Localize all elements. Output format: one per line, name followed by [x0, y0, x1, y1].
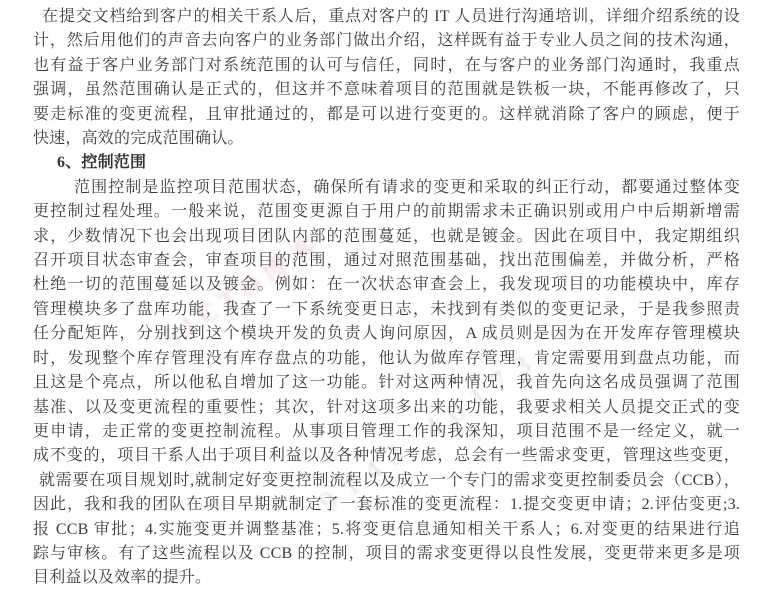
document-page: 51CTO博客 9143 40173 在提交文档给到客户的相关干系人后，重点对客… — [0, 0, 772, 596]
text-line: 在提交文档给到客户的相关干系人后，重点对客户的 IT 人员进行沟通培训，详细介绍… — [33, 5, 740, 29]
text-line: 任分配矩阵，分别找到这个模块开发的负责人询问原因，A 成员则是因为在开发库存管理… — [33, 322, 740, 346]
text-line: 范围控制是监控项目范围状态，确保所有请求的变更和采取的纠正行动，都要通过整体变 — [33, 176, 740, 200]
document-text: 在提交文档给到客户的相关干系人后，重点对客户的 IT 人员进行沟通培训，详细介绍… — [33, 5, 740, 591]
text-line: 更申请，走正常的变更控制流程。从事项目管理工作的我深知，项目范围不是一经定义，就… — [33, 420, 740, 444]
text-line: 时，发现整个库存管理没有库存盘点的功能，他认为做库存管理，肯定需要用到盘点功能，… — [33, 347, 740, 371]
text-line: 成不变的，项目干系人出于项目利益以及各种情况考虑，总会有一些需求变更，管理这些变… — [33, 444, 740, 468]
section-heading: 6、控制范围 — [33, 151, 740, 175]
text-line: 强调，虽然范围确认是正式的，但这并不意味着项目的范围就是铁板一块，不能再修改了，… — [33, 78, 740, 102]
text-line: 因此，我和我的团队在项目早期就制定了一套标准的变更流程：1.提交变更申请；2.评… — [33, 493, 740, 517]
text-line: 杜绝一切的范围蔓延以及镀金。例如：在一次状态审查会上，我发现项目的功能模块中，库… — [33, 273, 740, 297]
text-line: 更控制过程处理。一般来说，范围变更源自于用户的前期需求未正确识别或用户中后期新增… — [33, 200, 740, 224]
text-line: 召开项目状态审查会，审查项目的范围，通过对照范围基础，找出范围偏差，并做分析，严… — [33, 249, 740, 273]
text-line: 求，少数情况下也会出现项目团队内部的范围蔓延，也就是镀金。因此在项目中，我定期组… — [33, 225, 740, 249]
text-line: 也有益于客户业务部门对系统范围的认可与信任，同时，在与客户的业务部门沟通时，我重… — [33, 54, 740, 78]
text-line: 要走标准的变更流程，且审批通过的，都是可以进行变更的。这样就消除了客户的顾虑，便… — [33, 103, 740, 127]
text-line: 计，然后用他们的声音去向客户的业务部门做出介绍，这样既有益于专业人员之间的技术沟… — [33, 29, 740, 53]
text-line: 管理模块多了盘库功能，我查了一下系统变更日志，未找到有类似的变更记录，于是我参照… — [33, 298, 740, 322]
text-line: 快速，高效的完成范围确认。 — [33, 127, 740, 151]
text-line: 且这是个亮点，所以他私自增加了这一功能。针对这两种情况，我首先向这名成员强调了范… — [33, 371, 740, 395]
text-line: 报 CCB 审批；4.实施变更并调整基准；5.将变更信息通知相关干系人；6.对变… — [33, 518, 740, 542]
text-line: 踪与审核。有了这些流程以及 CCB 的控制，项目的需求变更得以良性发展，变更带来… — [33, 542, 740, 566]
text-line: 就需要在项目规划时,就制定好变更控制流程以及成立一个专门的需求变更控制委员会（C… — [33, 469, 740, 493]
text-line: 基准、以及变更流程的重要性；其次，针对这项多出来的功能，我要求相关人员提交正式的… — [33, 396, 740, 420]
text-line: 目利益以及效率的提升。 — [33, 566, 740, 590]
